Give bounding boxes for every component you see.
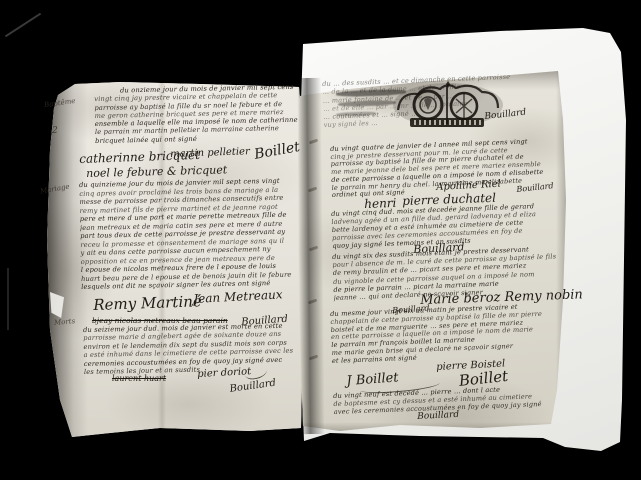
signature-remy-martinet: Remy Martiné	[93, 292, 202, 314]
left-page-top-shadow	[40, 62, 310, 78]
scanned-register-photo: Baptême 2 Mariage Morts du onzieme jour …	[0, 0, 641, 480]
torn-edge-chip	[50, 292, 64, 318]
film-scratch	[5, 13, 41, 38]
baptism-entry-text: du onzieme jour du mois de janvier mil s…	[94, 83, 307, 146]
gutter-shadow	[297, 78, 325, 434]
baptism-marie-text: du mesme jour vingt six au matin je pres…	[330, 302, 570, 366]
burial-entry-text: du seizieme jour dud. mois de janvier es…	[83, 321, 308, 376]
signature-laurent-huart: laurent huart	[112, 374, 166, 383]
royal-tax-stamp-icon	[390, 80, 506, 132]
margin-note-entry-number: 2	[52, 126, 58, 136]
film-scratch	[7, 268, 9, 330]
marriage-entry-text: du quinzieme jour du mois de janvier mil…	[79, 176, 309, 291]
